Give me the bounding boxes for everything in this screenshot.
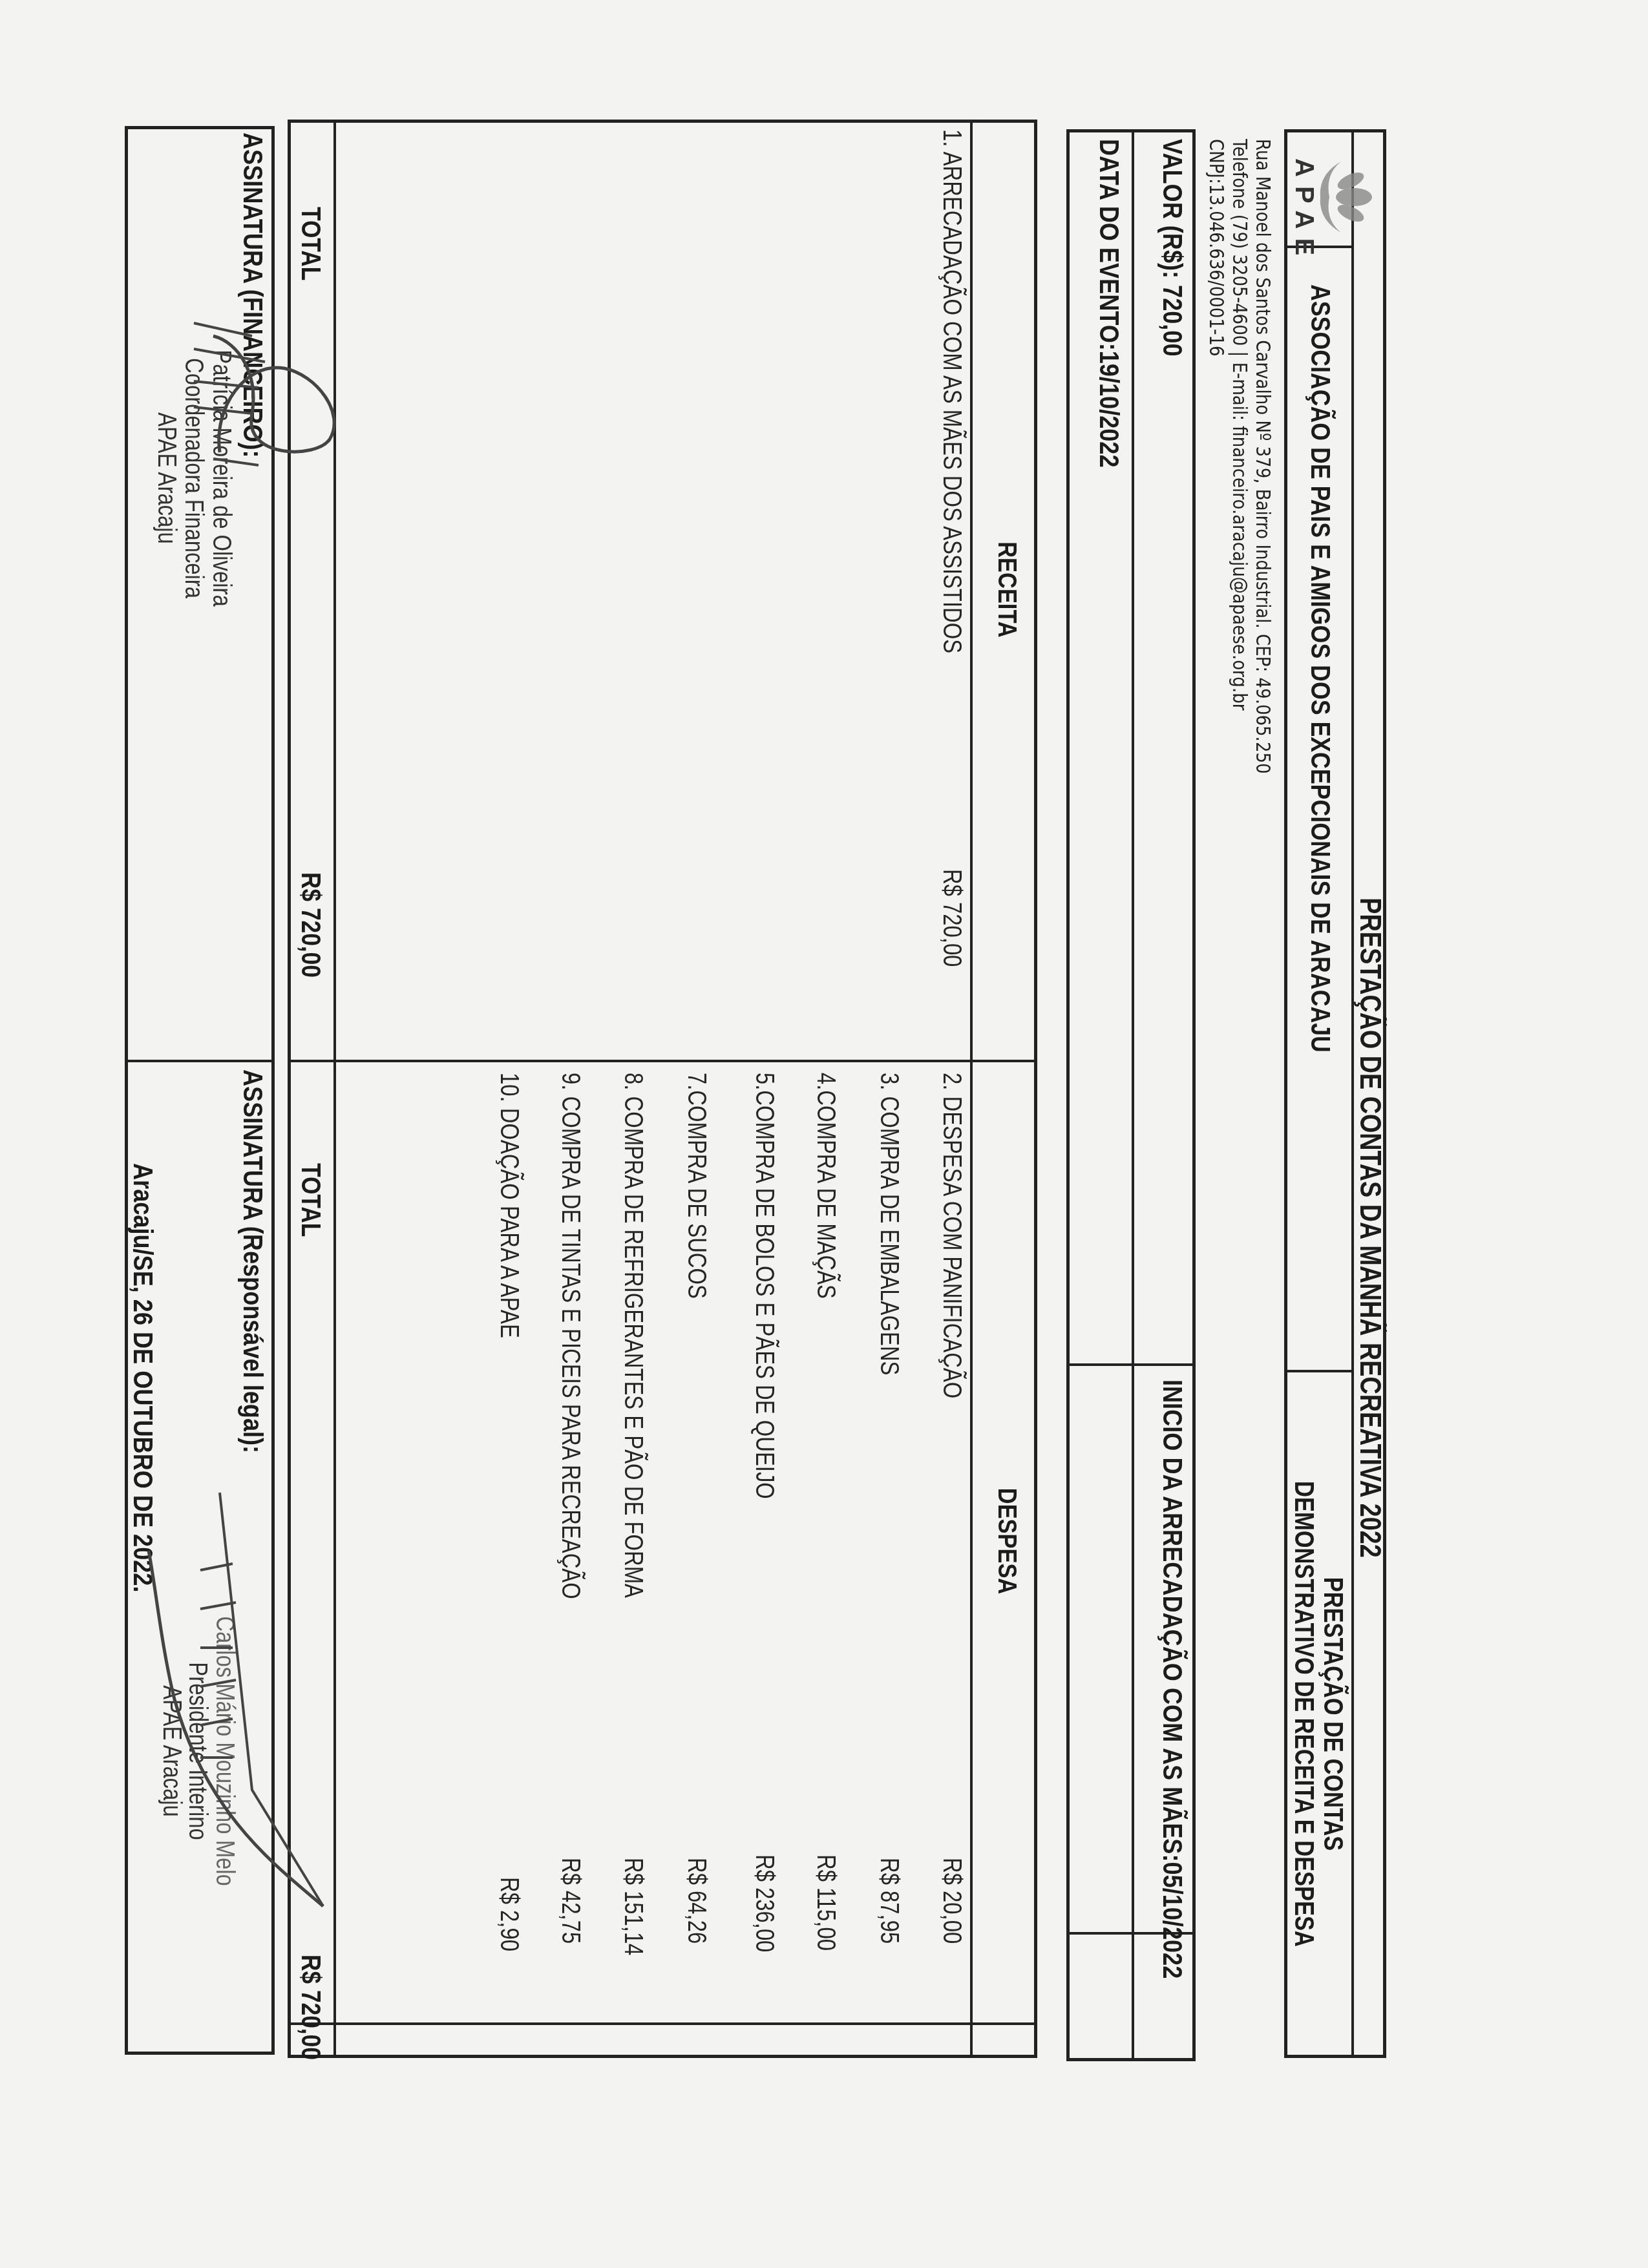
legal-signer-role: Presidente Interino	[183, 1566, 212, 1937]
contact-line: Telefone (79) 3205-4600 | E-mail: financ…	[1228, 139, 1251, 710]
receita-despesa-table	[288, 120, 1037, 2058]
despesa-item-value: R$ 64,26	[682, 1858, 711, 1944]
summary-vertical-divider	[1066, 1363, 1196, 1366]
valor-field: VALOR (R$): 720,00	[1157, 139, 1188, 357]
apae-logo-text: APAE	[1289, 158, 1318, 264]
signature-divider	[125, 1060, 275, 1062]
despesa-item-value: R$ 20,00	[937, 1858, 966, 1944]
despesa-item-value: R$ 115,00	[811, 1854, 840, 1951]
section-subtitle: DEMONSTRATIVO DE RECEITA E DESPESA	[1289, 1432, 1320, 1996]
total-row-divider	[333, 120, 336, 2058]
document-title: PRESTAÇÃO DE CONTAS DA MANHÃ RECREATIVA …	[1353, 804, 1388, 1652]
data-evento-field: DATA DO EVENTO:19/10/2022	[1093, 139, 1125, 468]
despesa-item-label: 4.COMPRA DE MAÇÃS	[811, 1073, 840, 1299]
financeiro-signature-label: ASSINATURA (FINANCEIRO):	[237, 132, 268, 458]
despesa-item-label: 10. DOAÇÃO PARA A APAE	[494, 1073, 523, 1338]
summary-divider	[1132, 129, 1134, 2061]
table-edge-divider	[288, 2022, 1037, 2025]
financeiro-signer-name: Patrícia Moreira de Oliveira	[207, 293, 236, 664]
table-header-divider	[970, 120, 973, 2058]
despesa-item-value: R$ 42,75	[556, 1858, 585, 1944]
despesa-item-value: R$ 2,90	[494, 1877, 523, 1951]
cnpj-line: CNPJ:13.046.636/0001-16	[1205, 139, 1228, 356]
receita-column-header: RECEITA	[992, 185, 1021, 994]
financeiro-signer-role: Coordenadora Financeira	[179, 293, 208, 664]
inicio-arrecadacao-field: INICIO DA ARRECADAÇÃO COM AS MÃES:05/10/…	[1157, 1380, 1188, 1979]
table-column-divider	[288, 1060, 1037, 1062]
despesa-column-header: DESPESA	[992, 1127, 1021, 1955]
despesa-item-value: R$ 151,14	[618, 1858, 648, 1955]
receita-item-value: R$ 720,00	[937, 869, 966, 967]
receita-item-label: 1. ARRECADAÇÃO COM AS MÃES DOS ASSISTIDO…	[937, 129, 966, 653]
section-title: PRESTAÇÃO DE CONTAS	[1318, 1432, 1349, 1996]
despesa-item-value: R$ 87,95	[874, 1858, 903, 1944]
receita-total-value: R$ 720,00	[295, 872, 326, 978]
receita-total-label: TOTAL	[295, 207, 326, 280]
place-date: Aracaju/SE, 26 DE OUTUBRO DE 2022.	[127, 1163, 158, 1592]
despesa-total-label: TOTAL	[295, 1163, 326, 1237]
header-section-divider	[1285, 1370, 1354, 1372]
despesa-item-label: 3. COMPRA DE EMBALAGENS	[874, 1073, 903, 1375]
despesa-item-label: 7.COMPRA DE SUCOS	[682, 1073, 711, 1299]
despesa-item-label: 2. DESPESA COM PANIFICAÇÃO	[937, 1073, 966, 1398]
despesa-item-label: 9. COMPRA DE TINTAS E PICEIS PARA RECREA…	[556, 1073, 585, 1599]
scanned-document-page: PRESTAÇÃO DE CONTAS DA MANHÃ RECREATIVA …	[0, 0, 1648, 2268]
despesa-total-value: R$ 720,00	[295, 1955, 326, 2060]
address-line: Rua Manoel dos Santos Carvalho Nº 379, B…	[1251, 139, 1274, 774]
legal-signer-org: APAE Aracaju	[157, 1566, 186, 1937]
legal-signer-name: Carlos Mário Mouzinho Melo	[210, 1566, 239, 1937]
despesa-item-label: 5.COMPRA DE BOLOS E PÃES DE QUEIJO	[750, 1073, 779, 1499]
despesa-item-label: 8. COMPRA DE REFRIGERANTES E PÃO DE FORM…	[618, 1073, 648, 1598]
financeiro-signer-org: APAE Aracaju	[152, 293, 181, 664]
organization-name: ASSOCIAÇÃO DE PAIS E AMIGOS DOS EXCEPCIO…	[1305, 284, 1336, 1053]
despesa-item-value: R$ 236,00	[750, 1854, 779, 1952]
legal-signature-label: ASSINATURA (Responsável legal):	[237, 1069, 268, 1453]
